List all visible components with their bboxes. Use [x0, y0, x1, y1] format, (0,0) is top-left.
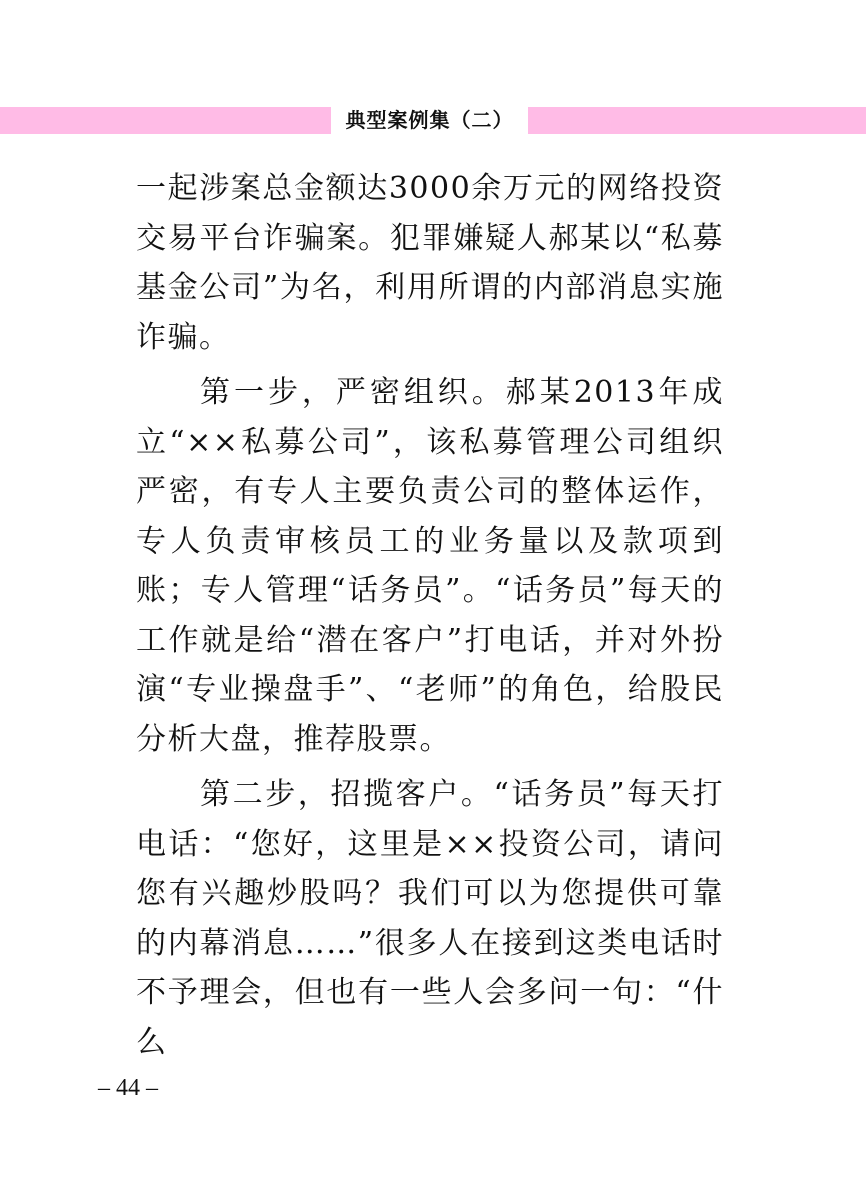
header-decoration-bar-right [528, 107, 866, 134]
header-decoration-bar-left [0, 107, 331, 134]
paragraph-step-one: 第一步，严密组织。郝某2013年成立“××私募公司”，该私募管理公司组织严密，有… [136, 368, 724, 764]
paragraph-intro: 一起涉案总金额达3000余万元的网络投资交易平台诈骗案。犯罪嫌疑人郝某以“私募基… [136, 164, 724, 362]
running-header-title: 典型案例集（二） [331, 107, 528, 134]
body-text: 一起涉案总金额达3000余万元的网络投资交易平台诈骗案。犯罪嫌疑人郝某以“私募基… [136, 164, 724, 1073]
paragraph-step-two: 第二步，招揽客户。“话务员”每天打电话：“您好，这里是××投资公司，请问您有兴趣… [136, 770, 724, 1067]
page-number: – 44 – [98, 1074, 158, 1102]
running-header: 典型案例集（二） [0, 107, 866, 134]
